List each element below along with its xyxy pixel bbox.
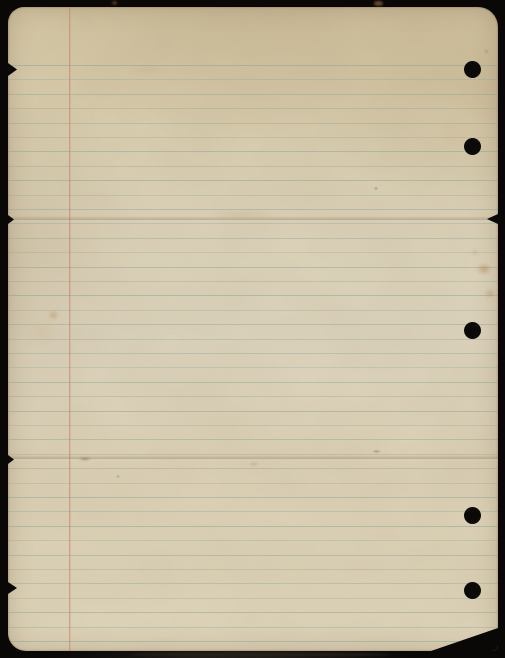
rule-line: [8, 511, 498, 512]
rule-line: [8, 627, 498, 628]
rule-line: [8, 238, 498, 239]
rule-line: [8, 411, 498, 412]
rule-line: [8, 195, 498, 196]
margin-line: [69, 7, 70, 651]
rule-line: [8, 540, 498, 541]
rule-line: [8, 166, 498, 167]
background-speck: [374, 1, 383, 6]
stain: [476, 263, 492, 275]
punch-hole: [464, 322, 481, 339]
rule-line: [8, 94, 498, 95]
rule-line: [8, 641, 498, 642]
stain: [28, 319, 58, 345]
rule-line: [8, 137, 498, 138]
rule-line: [8, 223, 498, 224]
fold-crease: [8, 216, 498, 222]
punch-hole: [464, 138, 481, 155]
rule-line: [8, 439, 498, 440]
punch-hole: [464, 61, 481, 78]
rule-line: [8, 353, 498, 354]
rule-line: [8, 483, 498, 484]
stain: [372, 450, 381, 453]
rule-line: [8, 324, 498, 325]
stain: [48, 310, 59, 320]
background-speck: [130, 652, 390, 657]
rule-line: [8, 123, 498, 124]
stain: [484, 289, 496, 298]
rule-line: [8, 151, 498, 152]
stain: [433, 117, 467, 147]
stain: [128, 67, 168, 73]
rule-line: [8, 367, 498, 368]
stain: [374, 187, 378, 190]
rule-line: [8, 180, 498, 181]
rule-line: [8, 267, 498, 268]
clipped-corner: [431, 628, 498, 651]
rule-line: [8, 65, 498, 66]
rule-line: [8, 281, 498, 282]
background-speck: [112, 1, 117, 5]
fold-crease: [8, 455, 498, 461]
rule-line: [8, 382, 498, 383]
rule-line: [8, 108, 498, 109]
punch-hole: [464, 582, 481, 599]
notebook-page: [8, 7, 498, 651]
rule-line: [8, 310, 498, 311]
stain: [116, 475, 120, 478]
rule-line: [8, 79, 498, 80]
rule-line: [8, 612, 498, 613]
rule-line: [8, 598, 498, 599]
rule-line: [8, 497, 498, 498]
rule-line: [8, 396, 498, 397]
rule-line: [8, 468, 498, 469]
rule-line: [8, 583, 498, 584]
rule-line: [8, 555, 498, 556]
rule-line: [8, 209, 498, 210]
rule-line: [8, 526, 498, 527]
rule-line: [8, 425, 498, 426]
photo-background: [0, 0, 505, 658]
rule-line: [8, 295, 498, 296]
rule-line: [8, 569, 498, 570]
stain: [248, 462, 260, 466]
stain: [484, 49, 489, 54]
punch-hole: [464, 507, 481, 524]
rule-line: [8, 252, 498, 253]
rule-line: [8, 339, 498, 340]
